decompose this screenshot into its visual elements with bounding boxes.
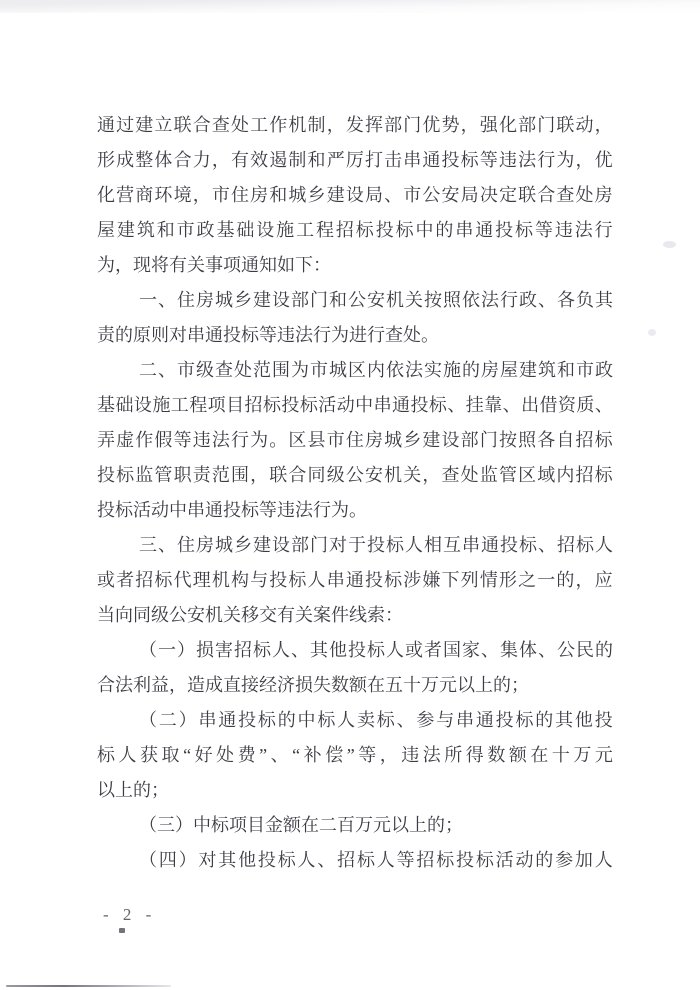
text-line: （三）中标项目金额在二百万元以上的； — [97, 808, 613, 843]
text-line: 三、住房城乡建设部门对于投标人相互串通投标、招标人 — [97, 528, 613, 563]
text-line: （二）串通投标的中标人卖标、参与串通投标的其他投 — [97, 703, 613, 738]
text-line: 一、住房城乡建设部门和公安机关按照依法行政、各负其 — [97, 283, 613, 318]
scan-artifact-bottom-line — [6, 985, 171, 987]
text-line: 标人获取“好处费”、“补偿”等，违法所得数额在十万元 — [97, 738, 613, 773]
text-line: 合法利益，造成直接经济损失数额在五十万元以上的； — [97, 668, 613, 703]
scan-artifact-top-edge — [0, 0, 700, 13]
scan-artifact-smudge — [648, 329, 656, 336]
text-line: 投标监管职责范围，联合同级公安机关，查处监管区域内招标 — [97, 458, 613, 493]
scan-artifact-speck — [119, 928, 125, 933]
scan-artifact-smudge — [663, 241, 676, 248]
text-line: 以上的； — [97, 773, 613, 808]
text-line: （四）对其他投标人、招标人等招标投标活动的参加人 — [97, 843, 613, 878]
text-line: 或者招标代理机构与投标人串通投标涉嫌下列情形之一的，应 — [97, 563, 613, 598]
text-line: 基础设施工程项目招标投标活动中串通投标、挂靠、出借资质、 — [97, 388, 613, 423]
scanned-document-page: 通过建立联合查处工作机制，发挥部门优势，强化部门联动，形成整体合力，有效遏制和严… — [0, 0, 700, 990]
text-line: 二、市级查处范围为市城区内依法实施的房屋建筑和市政 — [97, 353, 613, 388]
text-line: 当向同级公安机关移交有关案件线索： — [97, 598, 613, 633]
text-line: 为，现将有关事项通知如下： — [97, 248, 613, 283]
text-line: 屋建筑和市政基础设施工程招标投标中的串通投标等违法行 — [97, 213, 613, 248]
text-line: 形成整体合力，有效遏制和严厉打击串通投标等违法行为，优 — [97, 143, 613, 178]
text-line: 责的原则对串通投标等违法行为进行查处。 — [97, 318, 613, 353]
text-line: （一）损害招标人、其他投标人或者国家、集体、公民的 — [97, 633, 613, 668]
text-line: 通过建立联合查处工作机制，发挥部门优势，强化部门联动， — [97, 108, 613, 143]
page-number: - 2 - — [103, 903, 156, 927]
text-line: 投标活动中串通投标等违法行为。 — [97, 493, 613, 528]
text-line: 化营商环境，市住房和城乡建设局、市公安局决定联合查处房 — [97, 178, 613, 213]
document-body: 通过建立联合查处工作机制，发挥部门优势，强化部门联动，形成整体合力，有效遏制和严… — [97, 108, 613, 878]
text-line: 弄虚作假等违法行为。区县市住房城乡建设部门按照各自招标 — [97, 423, 613, 458]
